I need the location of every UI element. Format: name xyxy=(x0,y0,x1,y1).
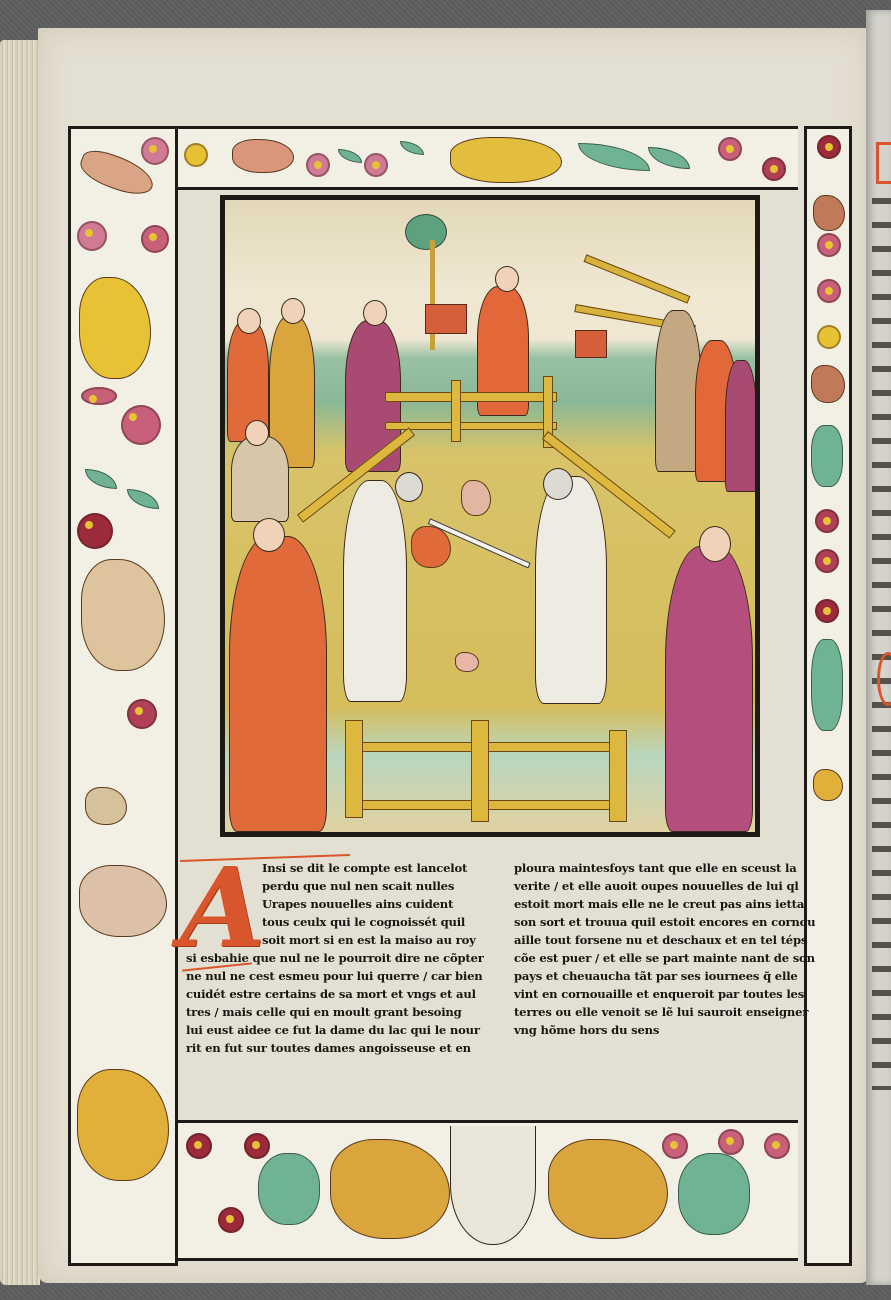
herald-head xyxy=(495,266,519,292)
text-line: terres ou elle venoit se lẽ lui sauroit … xyxy=(514,1003,815,1021)
rose-flower-icon xyxy=(762,157,786,181)
text-line: tres / mais celle qui en moult grant bes… xyxy=(186,1003,484,1021)
lists-fence-back xyxy=(385,422,557,430)
rose-flower-icon xyxy=(662,1133,688,1159)
rose-flower-icon xyxy=(218,1207,244,1233)
text-line: verite / et elle auoit oupes nouuelles d… xyxy=(514,877,815,895)
bird-icon xyxy=(811,365,845,403)
rose-flower-icon xyxy=(817,135,841,159)
rose-flower-icon xyxy=(764,1133,790,1159)
text-line: estoit mort mais elle ne le creut pas ai… xyxy=(514,895,815,913)
rose-flower-icon xyxy=(127,699,157,729)
town-tower xyxy=(575,330,607,358)
acanthus-icon xyxy=(811,639,843,731)
trumpeter-figure xyxy=(725,360,757,492)
fence-post xyxy=(471,720,489,822)
rose-flower-icon xyxy=(817,233,841,257)
spectator-head xyxy=(363,300,387,326)
text-line: ploura maintesfoys tant que elle en sceu… xyxy=(514,859,815,877)
rose-flower-icon xyxy=(141,225,169,253)
facing-page-text-lines xyxy=(872,190,891,1090)
bird-icon xyxy=(232,139,294,173)
facing-page-initial-t xyxy=(876,142,891,184)
text-column-left: Insi se dit le compte est lancelot perdu… xyxy=(262,859,476,949)
coral-branch-icon xyxy=(77,1069,169,1181)
text-column-left-full: si esbahie que nul ne le pourroit dire n… xyxy=(186,949,484,1057)
text-line: pays et cheuaucha tãt par ses iournees q… xyxy=(514,967,815,985)
fence-post xyxy=(451,380,461,442)
tulip-flower-icon xyxy=(85,787,127,825)
spectator-figure xyxy=(231,436,289,522)
acanthus-icon xyxy=(258,1153,320,1225)
lists-fence-back xyxy=(385,392,557,402)
rose-flower-icon xyxy=(186,1133,212,1159)
coral-branch-icon xyxy=(813,769,843,801)
text-line: soit mort si en est la maiso au roy xyxy=(262,931,476,949)
text-line: tous ceulx qui le cognoissét quil xyxy=(262,913,476,931)
knight-shield-orange xyxy=(411,526,451,568)
leaf-icon xyxy=(127,489,159,509)
fence-post xyxy=(345,720,363,818)
woodcut-illustration xyxy=(220,195,760,837)
knight-helmet xyxy=(395,472,423,502)
facing-page-edge xyxy=(866,10,891,1285)
rose-flower-icon xyxy=(77,513,113,549)
rose-flower-icon xyxy=(815,549,839,573)
spectator-head xyxy=(281,298,305,324)
pennant-flag-icon xyxy=(455,652,479,672)
text-line: ne nul ne cest esmeu pour lui querre / c… xyxy=(186,967,484,985)
text-line: Urapes nouuelles ains cuident xyxy=(262,895,476,913)
rose-flower-icon xyxy=(718,137,742,161)
fence-post xyxy=(609,730,627,822)
town-tower xyxy=(425,304,467,334)
text-line: si esbahie que nul ne le pourroit dire n… xyxy=(186,949,484,967)
left-border xyxy=(68,126,178,1266)
acanthus-icon xyxy=(678,1153,750,1235)
trumpet-icon xyxy=(584,254,691,303)
text-line: Insi se dit le compte est lancelot xyxy=(262,859,476,877)
tree-icon xyxy=(405,214,447,250)
knight-left-figure xyxy=(343,480,407,702)
right-border xyxy=(804,126,852,1266)
dragon-icon xyxy=(79,277,151,379)
hand-of-branches-icon xyxy=(450,137,562,183)
rose-flower-icon xyxy=(718,1129,744,1155)
leaf-icon xyxy=(338,149,362,163)
text-column-right: ploura maintesfoys tant que elle en sceu… xyxy=(514,859,815,1039)
judge-figure-purple xyxy=(665,546,753,832)
text-line: cõe est puer / et elle se part mainte na… xyxy=(514,949,815,967)
rose-flower-icon xyxy=(817,279,841,303)
lion-supporter-right-icon xyxy=(548,1139,668,1239)
leaf-icon xyxy=(400,141,424,155)
page-edges-stack xyxy=(0,40,40,1285)
judge-figure-red xyxy=(229,536,327,832)
acanthus-icon xyxy=(578,143,650,171)
acanthus-icon xyxy=(811,425,843,487)
spectator-head xyxy=(245,420,269,446)
rose-flower-icon xyxy=(306,153,330,177)
rose-flower-icon xyxy=(364,153,388,177)
judge-head xyxy=(253,518,285,552)
bird-icon xyxy=(79,865,167,937)
rose-flower-icon xyxy=(815,599,839,623)
dog-icon xyxy=(461,480,491,516)
spectator-head xyxy=(237,308,261,334)
rose-flower-icon xyxy=(141,137,169,165)
blank-shield xyxy=(450,1126,536,1245)
rose-flower-icon xyxy=(815,509,839,533)
rose-flower-icon xyxy=(184,143,208,167)
text-line: perdu que nul nen scait nulles xyxy=(262,877,476,895)
leaf-icon xyxy=(85,469,117,489)
rose-flower-icon xyxy=(121,405,161,445)
rose-flower-icon xyxy=(77,221,107,251)
acanthus-icon xyxy=(648,147,690,169)
cockerel-icon xyxy=(81,559,165,671)
knight-right-figure xyxy=(535,476,607,704)
lion-supporter-left-icon xyxy=(330,1139,450,1239)
bird-icon xyxy=(813,195,845,231)
text-line: aille tout forsene nu et deschaux et en … xyxy=(514,931,815,949)
text-line: son sort et trouua quil estoit encores e… xyxy=(514,913,815,931)
rose-flower-icon xyxy=(817,325,841,349)
rose-flower-icon xyxy=(81,387,117,405)
judge-head xyxy=(699,526,731,562)
text-line: vint en cornouaille et enqueroit par tou… xyxy=(514,985,815,1003)
rose-flower-icon xyxy=(244,1133,270,1159)
text-line: vng hõme hors du sens xyxy=(514,1021,815,1039)
top-border xyxy=(178,126,798,190)
text-line: lui eust aidee ce fut la dame du lac qui… xyxy=(186,1021,484,1039)
text-line: rit en fut sur toutes dames angoisseuse … xyxy=(186,1039,484,1057)
text-line: cuidét estre certains de sa mort et vngs… xyxy=(186,985,484,1003)
knight-helmet xyxy=(543,468,573,500)
